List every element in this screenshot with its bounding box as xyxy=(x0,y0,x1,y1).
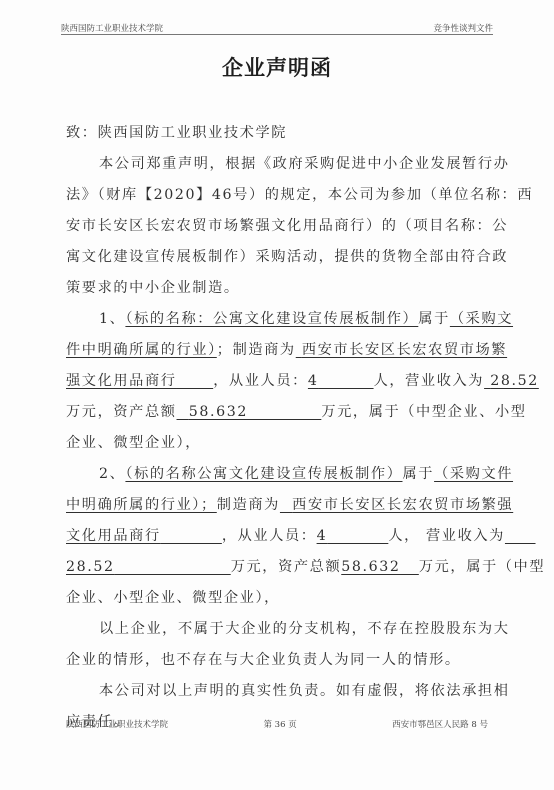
statement-paragraph: 以上企业，不属于大企业的分支机构，不存在控股股东为大 企业的情形，也不存在与大企… xyxy=(66,614,494,676)
item-1-paragraph: 1、（标的名称：公寓文化建设宣传展板制作）属于（采购文 件中明确所属的行业）；制… xyxy=(66,304,494,459)
document-page: 陕西国防工业职业技术学院 竞争性谈判文件 企业声明函 致：陕西国防工业职业技术学… xyxy=(0,0,554,790)
item-1-revenue: 28.52 xyxy=(484,373,539,389)
footer-institution: 陕西国防工业职业技术学院 xyxy=(66,718,168,732)
document-title: 企业声明函 xyxy=(0,52,554,82)
item-2-subject: （标的名称公寓文化建设宣传展板制作） xyxy=(125,466,402,482)
item-2-manufacturer: 西安市长安区长宏农贸市场繁强 xyxy=(280,497,513,513)
item-2-paragraph: 2、（标的名称公寓文化建设宣传展板制作）属于（采购文件 中明确所属的行业）；制造… xyxy=(66,459,494,614)
footer-address: 西安市鄠邑区人民路 8 号 xyxy=(392,718,488,732)
item-1-employees: 4 xyxy=(308,373,374,389)
item-1-subject: （标的名称：公寓文化建设宣传展板制作） xyxy=(125,311,418,327)
intro-paragraph: 本公司郑重声明，根据《政府采购促进中小企业发展暂行办 法》（财库【2020】46… xyxy=(66,149,494,304)
addressee: 致：陕西国防工业职业技术学院 xyxy=(66,118,494,149)
item-2-employees: 4 xyxy=(317,528,389,544)
item-1-assets: 58.632 xyxy=(177,404,322,420)
document-body: 致：陕西国防工业职业技术学院 本公司郑重声明，根据《政府采购促进中小企业发展暂行… xyxy=(66,118,494,738)
item-2-revenue: 28.52 xyxy=(66,559,231,575)
item-2-assets: 58.632 xyxy=(341,559,419,575)
item-1-manufacturer: 西安市长安区长宏农贸市场繁 xyxy=(296,342,507,358)
page-number: 第 36 页 xyxy=(263,718,296,732)
header-divider xyxy=(61,34,493,35)
page-footer: 陕西国防工业职业技术学院 第 36 页 西安市鄠邑区人民路 8 号 xyxy=(66,718,488,732)
